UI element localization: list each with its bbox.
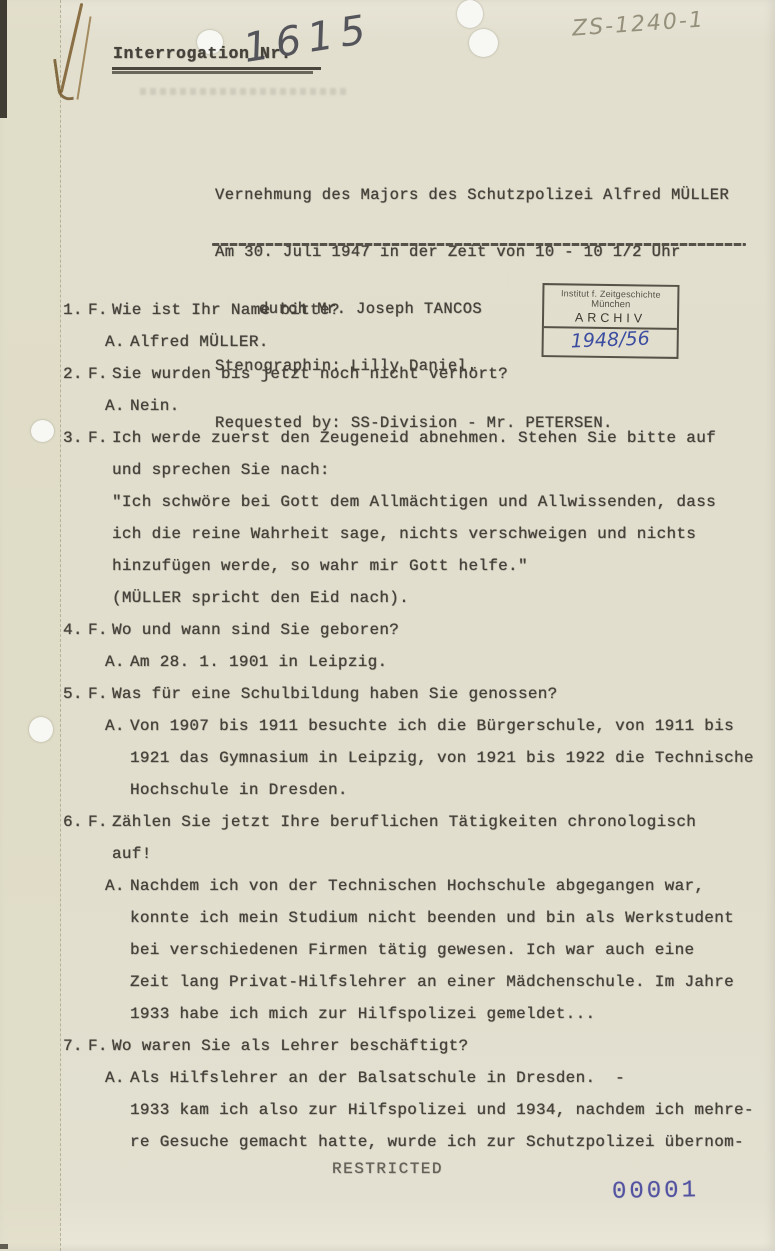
question-label: F. [88, 806, 112, 838]
qa-answer-text: Nachdem ich von der Technischen Hochschu… [130, 870, 704, 902]
qa-answer-text: Als Hilfslehrer an der Balsatschule in D… [130, 1062, 625, 1094]
qa-answer-line: bei verschiedenen Firmen tätig gewesen. … [130, 934, 775, 966]
header-line: Vernehmung des Majors des Schutzpolizei … [215, 186, 729, 205]
answer-label: A. [105, 390, 130, 422]
qa-item-number: 6. [63, 806, 88, 838]
qa-question-line: (MÜLLER spricht den Eid nach). [112, 582, 775, 614]
qa-answer-text: Am 28. 1. 1901 in Leipzig. [130, 646, 387, 678]
qa-answer-first-line: A.Alfred MÜLLER. [105, 326, 775, 358]
title-underline [112, 67, 321, 70]
scan-edge-shadow [0, 0, 7, 118]
ghost-type-impression [140, 88, 350, 95]
qa-answer-line: re Gesuche gemacht hatte, wurde ich zur … [130, 1126, 775, 1158]
scanned-document-page: Interrogation Nr. 1615 ZS-1240-1 Vernehm… [0, 0, 775, 1251]
question-label: F. [88, 614, 112, 646]
qa-question-first-line: 6.F.Zählen Sie jetzt Ihre beruflichen Tä… [63, 806, 775, 838]
answer-label: A. [105, 870, 130, 902]
qa-answer-first-line: A.Nein. [105, 390, 775, 422]
page-number-stamp: 00001 [612, 1177, 699, 1206]
qa-question-first-line: 7.F.Wo waren Sie als Lehrer beschäftigt? [63, 1030, 775, 1062]
qa-answer-line: Hochschule in Dresden. [130, 774, 775, 806]
answer-label: A. [105, 710, 130, 742]
question-label: F. [88, 1030, 112, 1062]
qa-answer-line: 1933 habe ich mich zur Hilfspolizei geme… [130, 998, 775, 1030]
question-label: F. [88, 294, 112, 326]
qa-question-first-line: 1.F.Wie ist Ihr Name bitte? [63, 294, 775, 326]
qa-question-text: Wo und wann sind Sie geboren? [112, 614, 399, 646]
qa-item-number: 7. [63, 1030, 88, 1062]
qa-answer-first-line: A.Von 1907 bis 1911 besuchte ich die Bür… [105, 710, 775, 742]
qa-question-line: "Ich schwöre bei Gott dem Allmächtigen u… [112, 486, 775, 518]
qa-item-number: 2. [63, 358, 88, 390]
question-label: F. [88, 422, 112, 454]
qa-question-line: ich die reine Wahrheit sage, nichts vers… [112, 518, 775, 550]
qa-question-text: Wo waren Sie als Lehrer beschäftigt? [112, 1030, 468, 1062]
qa-answer-text: Nein. [130, 390, 180, 422]
qa-question-line: hinzufügen werde, so wahr mir Gott helfe… [112, 550, 775, 582]
qa-question-line: und sprechen Sie nach: [112, 454, 775, 486]
answer-label: A. [105, 646, 130, 678]
handwritten-interrogation-number: 1615 [240, 6, 375, 72]
qa-answer-first-line: A.Am 28. 1. 1901 in Leipzig. [105, 646, 775, 678]
title-underline [112, 71, 313, 74]
qa-item-number: 4. [63, 614, 88, 646]
qa-question-first-line: 2.F.Sie wurden bis jetzt noch nicht verh… [63, 358, 775, 390]
question-label: F. [88, 678, 112, 710]
qa-answer-line: Zeit lang Privat-Hilfslehrer an einer Mä… [130, 966, 775, 998]
qa-list: 1.F.Wie ist Ihr Name bitte?A.Alfred MÜLL… [0, 294, 775, 1158]
qa-question-text: Zählen Sie jetzt Ihre beruflichen Tätigk… [112, 806, 696, 838]
qa-question-first-line: 5.F.Was für eine Schulbildung haben Sie … [63, 678, 775, 710]
qa-question-text: Sie wurden bis jetzt noch nicht verhört? [112, 358, 508, 390]
qa-question-text: Was für eine Schulbildung haben Sie geno… [112, 678, 558, 710]
answer-label: A. [105, 326, 130, 358]
qa-item-number: 3. [63, 422, 88, 454]
tape-tear-mark [76, 16, 91, 99]
qa-question-line: auf! [112, 838, 775, 870]
qa-answer-line: konnte ich mein Studium nicht beenden un… [130, 902, 775, 934]
qa-answer-first-line: A.Als Hilfslehrer an der Balsatschule in… [105, 1062, 775, 1094]
qa-answer-text: Alfred MÜLLER. [130, 326, 269, 358]
qa-question-text: Ich werde zuerst den Zeugeneid abnehmen.… [112, 422, 716, 454]
classification-marking: RESTRICTED [0, 1160, 775, 1178]
qa-question-text: Wie ist Ihr Name bitte? [112, 294, 340, 326]
correction-dot [469, 29, 498, 57]
qa-question-first-line: 4.F.Wo und wann sind Sie geboren? [63, 614, 775, 646]
qa-item-number: 5. [63, 678, 88, 710]
qa-answer-first-line: A.Nachdem ich von der Technischen Hochsc… [105, 870, 775, 902]
handwritten-archive-reference: ZS-1240-1 [571, 7, 705, 41]
qa-question-first-line: 3.F.Ich werde zuerst den Zeugeneid abneh… [63, 422, 775, 454]
correction-dot [457, 0, 483, 28]
qa-item-number: 1. [63, 294, 88, 326]
answer-label: A. [105, 1062, 130, 1094]
question-label: F. [88, 358, 112, 390]
qa-answer-line: 1921 das Gymnasium in Leipzig, von 1921 … [130, 742, 775, 774]
scan-edge-speck [0, 1244, 8, 1249]
header-separator-rule [212, 243, 746, 246]
qa-answer-line: 1933 kam ich also zur Hilfspolizei und 1… [130, 1094, 775, 1126]
qa-answer-text: Von 1907 bis 1911 besuchte ich die Bürge… [130, 710, 734, 742]
